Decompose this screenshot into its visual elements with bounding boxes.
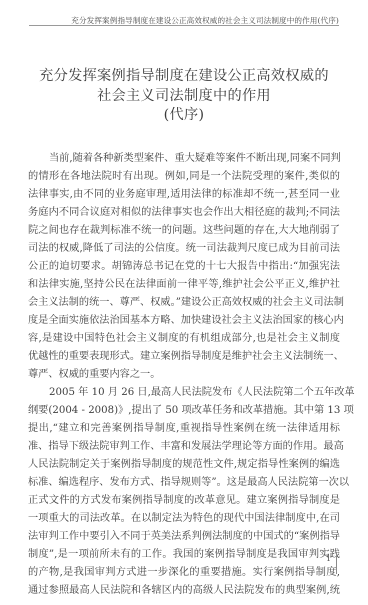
paragraph-line: 容,是建设中国特色社会主义制度的有机组成部分,也是社会主义制度: [28, 330, 340, 348]
paragraph-line: 准、指导下级法院审判工作、丰富和发展法学理论等方面的作用。最高: [28, 438, 340, 456]
header-rule: [29, 25, 339, 26]
paragraph-line: 纲要(2004 - 2008)》,提出了 50 项改革任务和改革措施。其中第 1…: [28, 402, 340, 420]
title-subtitle: (代序): [20, 104, 348, 124]
paragraph-line: 尊严、权威的重要内容之一。: [28, 366, 340, 384]
paragraph-line: 法审判工作中要引入不同于英美法系判例法制度的中国式的“案例指导: [28, 528, 340, 546]
paragraph-line: 制度”,是一项前所未有的工作。我国的案例指导制度是我国审判实践: [28, 546, 340, 564]
paragraph-line: 法律事实,由不同的业务庭审理,适用法律的标准却不统一,甚至同一业: [28, 186, 340, 204]
paragraph-line: 当前,随着各种新类型案件、重大疑难等案件不断出现,同案不同判: [28, 150, 340, 168]
paragraph-line: 会主义法制的统一、尊严、权威。”建设公正高效权威的社会主义司法制: [28, 294, 340, 312]
title-line-1: 充分发挥案例指导制度在建设公正高效权威的: [20, 65, 348, 85]
paragraph-line: 通过参照最高人民法院和各辖区内的高级人民法院发布的典型案例,统: [28, 582, 340, 600]
page-number: 1: [326, 554, 331, 563]
paragraph-line: 务庭内不同合议庭对相似的法律事实也会作出大相径庭的裁判;不同法: [28, 204, 340, 222]
paragraph-line: 标准、编选程序、发布方式、指导规则等”。这是最高人民法院第一次以: [28, 474, 340, 492]
paragraph-line: 人民法院制定关于案例指导制度的规范性文件,规定指导性案例的编选: [28, 456, 340, 474]
paragraph-line: 的产物,是我国审判方式进一步深化的重要措施。实行案例指导制度,: [28, 564, 340, 582]
paragraph-line: 司法的权威,降低了司法的公信度。统一司法裁判尺度已成为目前司法: [28, 240, 340, 258]
paragraph-line: 优越性的重要表现形式。建立案例指导制度是维护社会主义法制统一、: [28, 348, 340, 366]
paragraph-line: 院之间也存在裁判标准不统一的问题。这些问题的存在,大大地削弱了: [28, 222, 340, 240]
paragraph-line: 公正的迫切要求。胡锦涛总书记在党的十七大报告中指出:“加强宪法: [28, 258, 340, 276]
paragraph-line: 和法律实施,坚持公民在法律面前一律平等,维护社会公平正义,维护社: [28, 276, 340, 294]
page-edge-rule: [336, 552, 337, 574]
paragraph-line: 的情形在各地法院时有出现。例如,同是一个法院受理的案件,类似的: [28, 168, 340, 186]
paragraph-line: 一项重大的司法改革。在以制定法为特色的现代中国法律制度中,在司: [28, 510, 340, 528]
paragraph-line: 提出,“建立和完善案例指导制度,重视指导性案例在统一法律适用标: [28, 420, 340, 438]
paragraph-line: 正式文件的方式发布案例指导制度的改革意见。建立案例指导制度是: [28, 492, 340, 510]
paragraph-line: 度是全面实施依法治国基本方略、加快建设社会主义法治国家的核心内: [28, 312, 340, 330]
title-line-2: 社会主义司法制度中的作用: [20, 85, 348, 105]
paragraph-line: 2005 年 10 月 26 日,最高人民法院发布《人民法院第二个五年改革: [28, 384, 340, 402]
